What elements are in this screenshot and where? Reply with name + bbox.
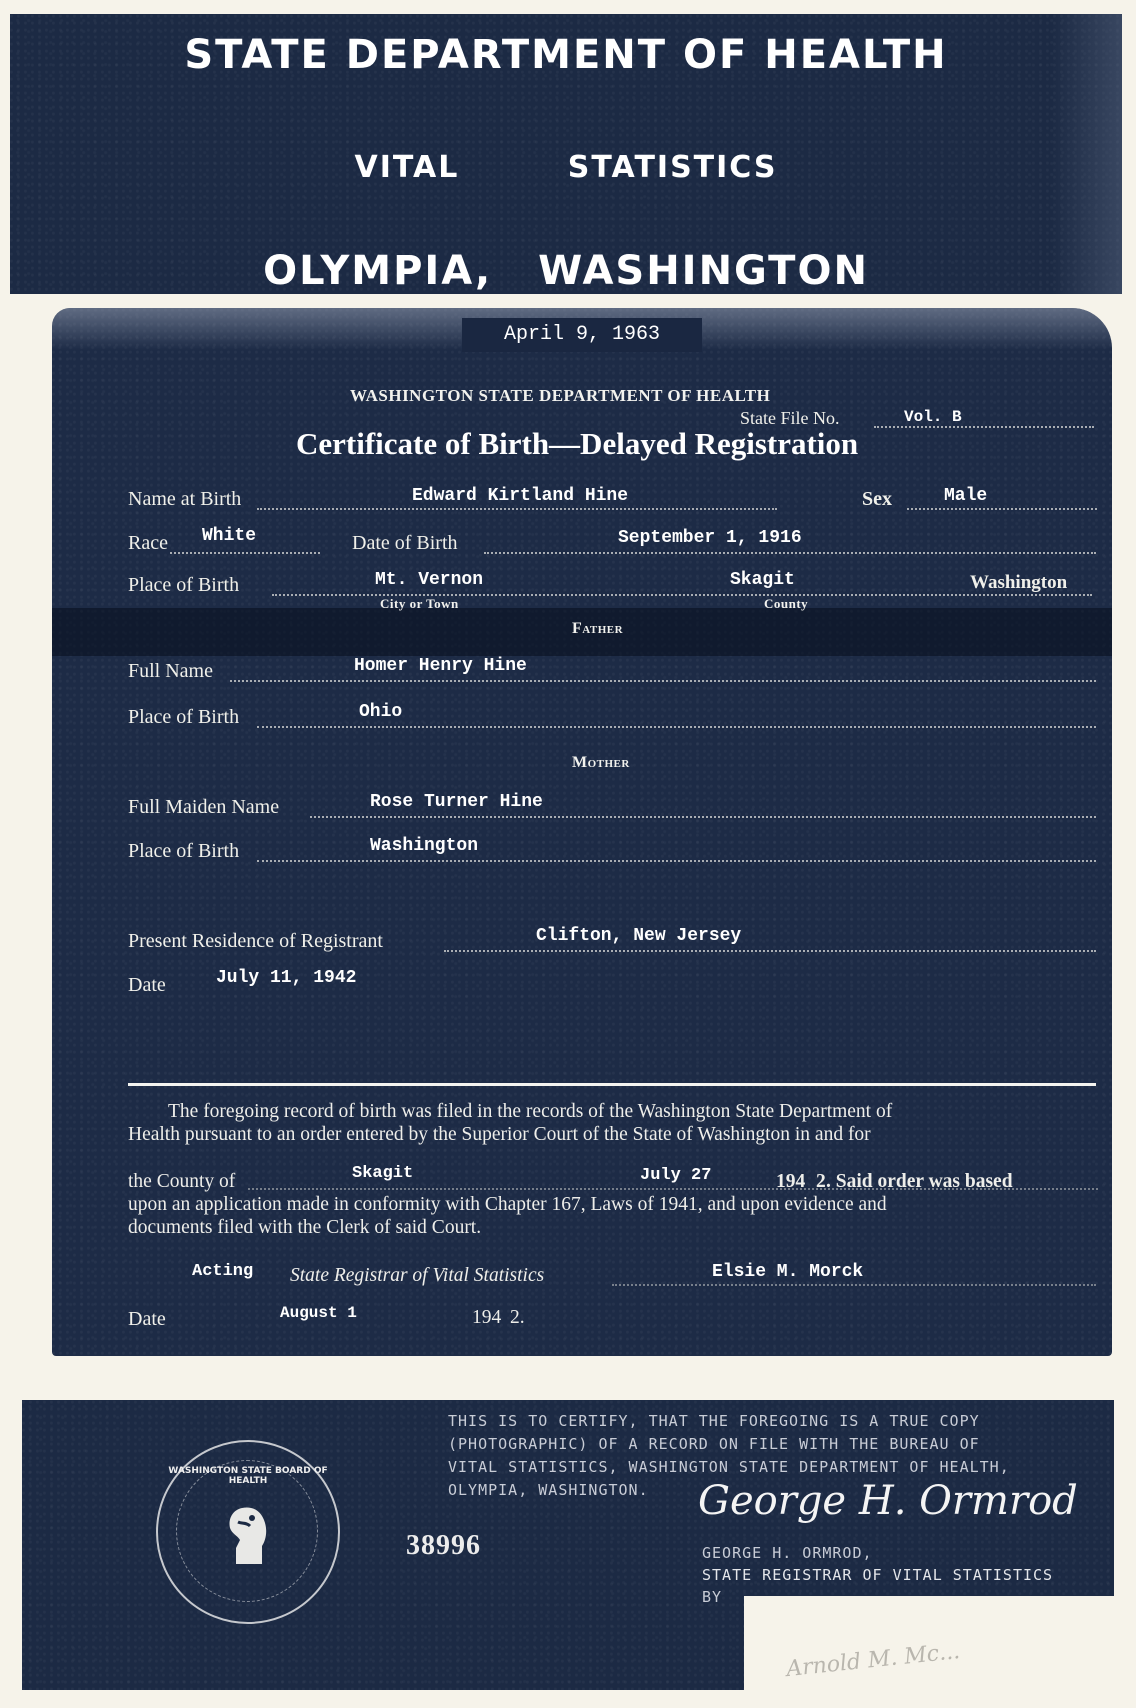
- mother-heading: Mother: [572, 754, 630, 772]
- registrar-year-suffix: 2.: [510, 1306, 525, 1329]
- state-file-value: Vol. B: [904, 408, 962, 426]
- mother-birthplace-line: [257, 860, 1096, 862]
- birth-state-value: Washington: [970, 572, 1067, 594]
- registrar-date-value: August 1: [280, 1304, 357, 1322]
- statement-line-5: documents filed with the Clerk of said C…: [128, 1216, 481, 1239]
- order-date-value: July 27: [640, 1166, 711, 1185]
- division-title: VITAL STATISTICS: [10, 150, 1122, 185]
- acting-label: Acting: [192, 1262, 253, 1281]
- father-birthplace-line: [257, 726, 1096, 728]
- issue-date: April 9, 1963: [462, 318, 702, 352]
- state-board-seal-icon: WASHINGTON STATE BOARD OF HEALTH: [156, 1440, 340, 1624]
- sex-line: [907, 508, 1097, 510]
- certify-line-3: VITAL STATISTICS, WASHINGTON STATE DEPAR…: [448, 1456, 1010, 1479]
- signer-title: STATE REGISTRAR OF VITAL STATISTICS: [702, 1564, 1053, 1587]
- birth-county-value: Skagit: [730, 570, 795, 590]
- county-caption: County: [764, 596, 808, 612]
- dob-line: [484, 552, 1096, 554]
- certify-line-1: THIS IS TO CERTIFY, THAT THE FOREGOING I…: [448, 1410, 980, 1433]
- registrar-year-prefix: 194: [472, 1306, 501, 1329]
- race-line: [170, 552, 320, 554]
- name-line: [257, 508, 777, 510]
- agency-heading: WASHINGTON STATE DEPARTMENT OF HEALTH: [350, 386, 770, 406]
- place-of-birth-label: Place of Birth: [128, 574, 239, 597]
- father-name-line: [230, 680, 1096, 682]
- court-county-value: Skagit: [352, 1164, 413, 1183]
- washington-portrait-icon: [222, 1504, 272, 1566]
- certify-line-2: (PHOTOGRAPHIC) OF A RECORD ON FILE WITH …: [448, 1433, 980, 1456]
- mother-name-label: Full Maiden Name: [128, 796, 279, 819]
- registrar-title: State Registrar of Vital Statistics: [290, 1264, 544, 1287]
- dob-value: September 1, 1916: [618, 528, 802, 548]
- order-year-suffix: 2: [816, 1170, 826, 1193]
- mother-birthplace-value: Washington: [370, 836, 478, 856]
- birth-city-value: Mt. Vernon: [375, 570, 483, 590]
- dob-label: Date of Birth: [352, 532, 458, 555]
- order-year-prefix: 194: [776, 1170, 805, 1193]
- county-of-label: the County of: [128, 1170, 235, 1193]
- certify-line-4: OLYMPIA, WASHINGTON.: [448, 1479, 649, 1502]
- father-birthplace-label: Place of Birth: [128, 706, 239, 729]
- father-birthplace-value: Ohio: [359, 702, 402, 722]
- statement-line-3-tail: . Said order was based: [826, 1170, 1013, 1193]
- state-file-line: [874, 426, 1094, 428]
- statement-line-1: The foregoing record of birth was filed …: [168, 1100, 892, 1123]
- registrar-name: Elsie M. Morck: [712, 1262, 863, 1282]
- father-name-value: Homer Henry Hine: [354, 656, 527, 676]
- race-label: Race: [128, 532, 168, 555]
- statement-line-2: Health pursuant to an order entered by t…: [128, 1123, 871, 1146]
- location-title: OLYMPIA, WASHINGTON: [10, 248, 1122, 294]
- city-caption: City or Town: [380, 596, 459, 612]
- name-at-birth-label: Name at Birth: [128, 488, 241, 511]
- signer-name: GEORGE H. ORMROD,: [702, 1542, 873, 1565]
- statement-line-4: upon an application made in conformity w…: [128, 1193, 887, 1216]
- certificate-title: Certificate of Birth—Delayed Registratio…: [296, 426, 858, 462]
- residence-value: Clifton, New Jersey: [536, 926, 741, 946]
- seal-text: WASHINGTON STATE BOARD OF HEALTH: [158, 1466, 338, 1486]
- residence-line: [444, 950, 1096, 952]
- by-label: BY: [702, 1586, 722, 1609]
- name-at-birth-value: Edward Kirtland Hine: [412, 486, 628, 506]
- department-title: STATE DEPARTMENT OF HEALTH: [10, 32, 1122, 78]
- residence-label: Present Residence of Registrant: [128, 930, 383, 953]
- date-value: July 11, 1942: [216, 968, 356, 988]
- header-banner: STATE DEPARTMENT OF HEALTH VITAL STATIST…: [10, 14, 1122, 294]
- father-heading: Father: [572, 620, 623, 638]
- mother-name-value: Rose Turner Hine: [370, 792, 543, 812]
- race-value: White: [202, 526, 256, 546]
- serial-number: 38996: [406, 1530, 481, 1562]
- birth-certificate: April 9, 1963 WASHINGTON STATE DEPARTMEN…: [52, 308, 1112, 1356]
- mother-name-line: [310, 816, 1096, 818]
- registrar-signature: George H. Ormrod: [698, 1478, 1078, 1524]
- registrar-date-label: Date: [128, 1308, 166, 1331]
- father-name-label: Full Name: [128, 660, 213, 683]
- sex-label: Sex: [862, 488, 892, 511]
- sex-value: Male: [944, 486, 987, 506]
- registrar-line: [612, 1284, 1096, 1286]
- date-label: Date: [128, 974, 166, 997]
- mother-birthplace-label: Place of Birth: [128, 840, 239, 863]
- section-divider: [128, 1083, 1096, 1086]
